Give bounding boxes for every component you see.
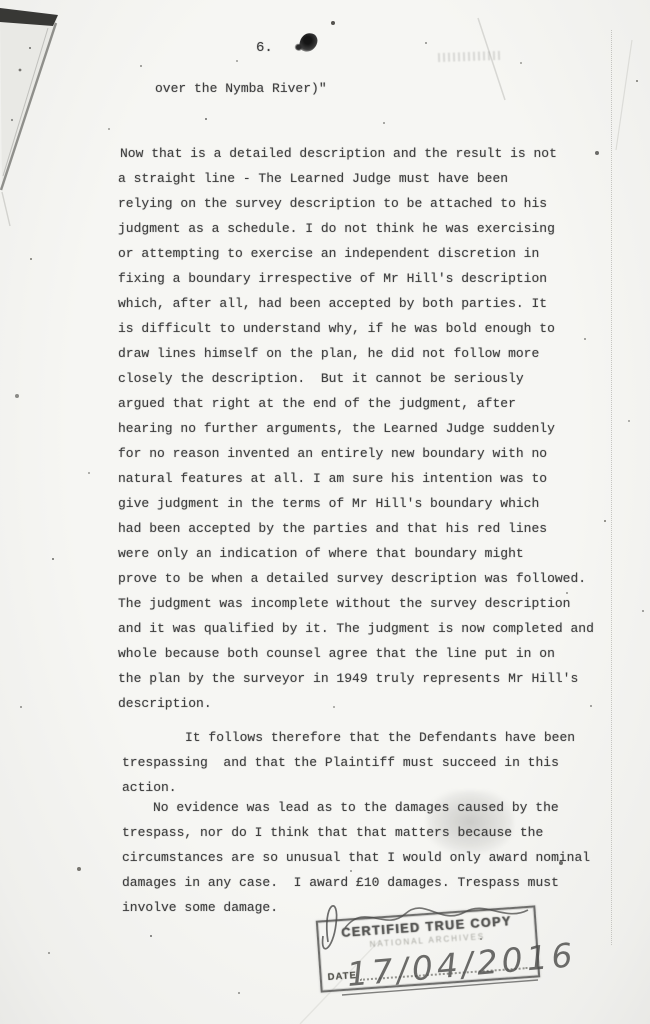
paragraph-judgment-analysis: Now that is a detailed description and t… — [118, 141, 594, 716]
stamp-date-row: DATE — [327, 958, 527, 983]
paragraph-conclusion: It follows therefore that the Defendants… — [122, 725, 575, 800]
page-number: 6. — [256, 36, 273, 61]
scan-edge-line — [611, 30, 612, 945]
quote-closing-line: over the Nymba River)" — [155, 76, 327, 101]
dotted-leader — [360, 966, 528, 981]
certification-stamp: CERTIFIED TRUE COPY NATIONAL ARCHIVES DA… — [316, 905, 540, 992]
scanned-document-page: 6. over the Nymba River)" Now that is a … — [0, 0, 650, 1024]
faint-smudge — [438, 51, 500, 62]
ink-smudge — [298, 31, 319, 54]
scan-noise-speckles — [0, 0, 2, 2]
stamp-date-label: DATE — [327, 970, 357, 983]
paragraph-damages: No evidence was lead as to the damages c… — [122, 795, 590, 920]
